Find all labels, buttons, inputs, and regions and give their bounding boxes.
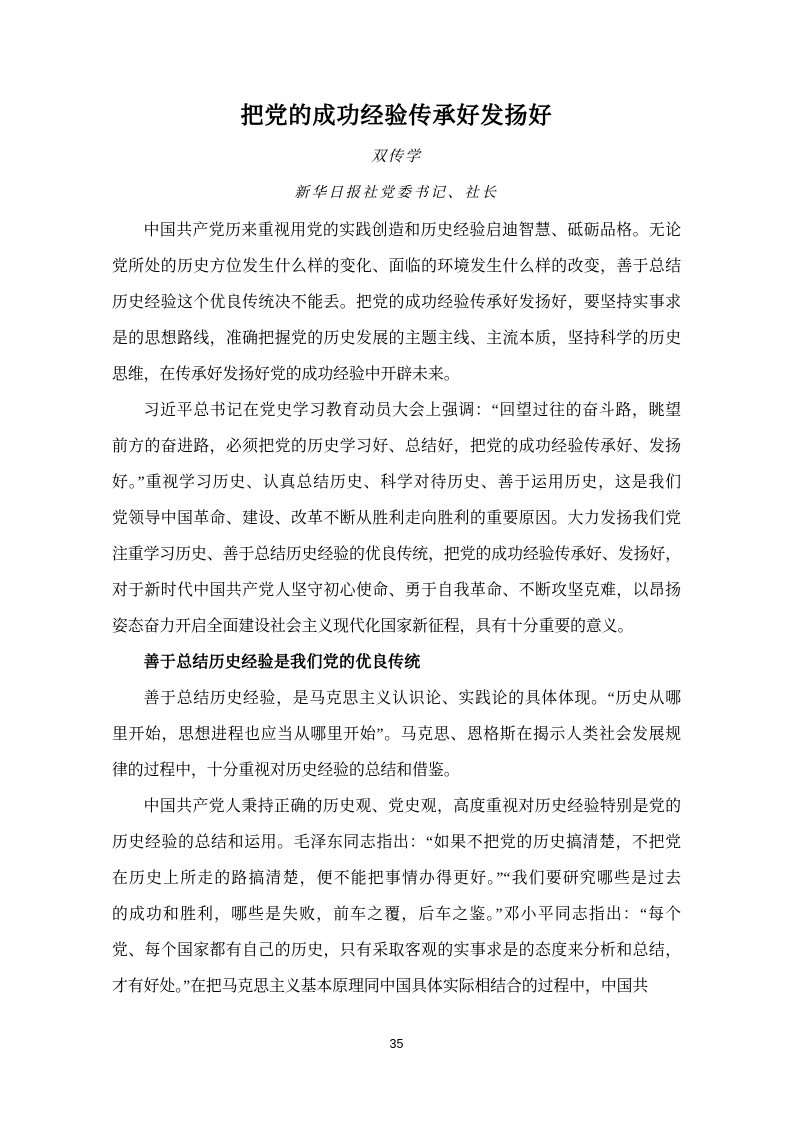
- document-page: 把党的成功经验传承好发扬好 双传学 新华日报社党委书记、社长 中国共产党历来重视…: [0, 0, 793, 1122]
- paragraph-line: 历史经验这个优良传统决不能丢。把党的成功经验传承好发扬好，要坚持实事求: [112, 285, 681, 321]
- paragraph-line: 历史经验的总结和运用。毛泽东同志指出：“如果不把党的历史搞清楚，不把党: [112, 825, 681, 861]
- article-body: 中国共产党历来重视用党的实践创造和历史经验启迪智慧、砥砺品格。无论党所处的历史方…: [112, 213, 681, 1005]
- page-number: 35: [0, 1036, 793, 1052]
- paragraph-line: 在历史上所走的路搞清楚，便不能把事情办得更好。”“我们要研究哪些是过去: [112, 861, 681, 897]
- paragraph-line: 是的思想路线，准确把握党的历史发展的主题主线、主流本质，坚持科学的历史: [112, 321, 681, 357]
- paragraph-line: 党所处的历史方位发生什么样的变化、面临的环境发生什么样的改变，善于总结: [112, 249, 681, 285]
- article-author: 双传学: [0, 146, 793, 168]
- paragraph-line: 对于新时代中国共产党人坚守初心使命、勇于自我革命、不断攻坚克难，以昂扬: [112, 573, 681, 609]
- paragraph-line: 的成功和胜利，哪些是失败，前车之覆，后车之鉴。”邓小平同志指出：“每个: [112, 897, 681, 933]
- paragraph-line: 党、每个国家都有自己的历史，只有采取客观的实事求是的态度来分析和总结，: [112, 933, 681, 969]
- paragraph-line: 中国共产党历来重视用党的实践创造和历史经验启迪智慧、砥砺品格。无论: [112, 213, 681, 249]
- paragraph-line: 习近平总书记在党史学习教育动员大会上强调：“回望过往的奋斗路，眺望: [112, 393, 681, 429]
- paragraph-line: 姿态奋力开启全面建设社会主义现代化国家新征程，具有十分重要的意义。: [112, 609, 681, 645]
- paragraph-line: 善于总结历史经验，是马克思主义认识论、实践论的具体体现。“历史从哪: [112, 681, 681, 717]
- article-title: 把党的成功经验传承好发扬好: [0, 99, 793, 133]
- paragraph-line: 中国共产党人秉持正确的历史观、党史观，高度重视对历史经验特别是党的: [112, 789, 681, 825]
- paragraph-line: 好。”重视学习历史、认真总结历史、科学对待历史、善于运用历史，这是我们: [112, 465, 681, 501]
- paragraph-line: 党领导中国革命、建设、改革不断从胜利走向胜利的重要原因。大力发扬我们党: [112, 501, 681, 537]
- paragraph-line: 注重学习历史、善于总结历史经验的优良传统，把党的成功经验传承好、发扬好，: [112, 537, 681, 573]
- paragraph-line: 前方的奋进路，必须把党的历史学习好、总结好，把党的成功经验传承好、发扬: [112, 429, 681, 465]
- article-author-byline: 新华日报社党委书记、社长: [0, 182, 793, 204]
- paragraph-line: 思维，在传承好发扬好党的成功经验中开辟未来。: [112, 357, 681, 393]
- paragraph-line: 才有好处。”在把马克思主义基本原理同中国具体实际相结合的过程中，中国共: [112, 969, 681, 1005]
- paragraph-line: 律的过程中，十分重视对历史经验的总结和借鉴。: [112, 753, 681, 789]
- paragraph-line: 里开始，思想进程也应当从哪里开始”。马克思、恩格斯在揭示人类社会发展规: [112, 717, 681, 753]
- section-heading: 善于总结历史经验是我们党的优良传统: [112, 645, 681, 681]
